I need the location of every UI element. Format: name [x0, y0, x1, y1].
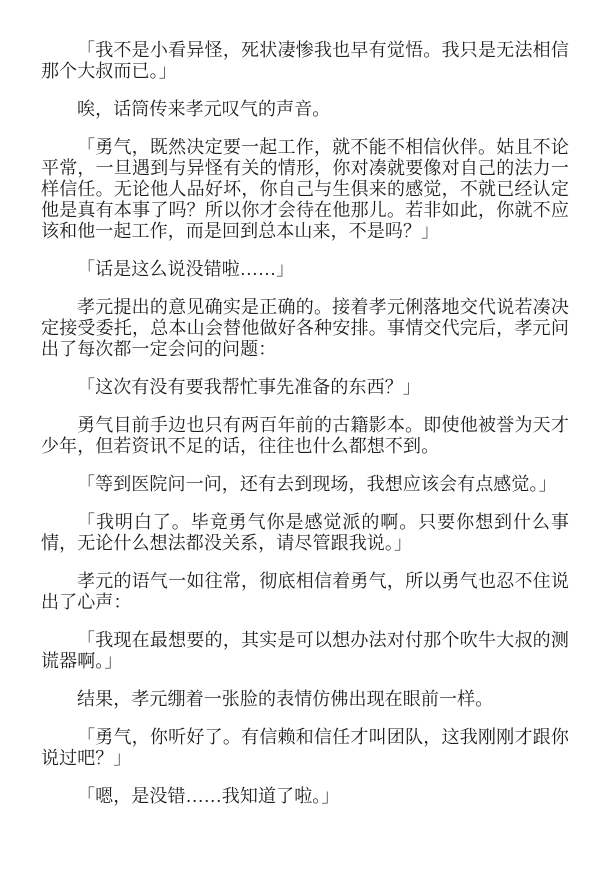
paragraph: 「我不是小看异怪，死状凄惨我也早有觉悟。我只是无法相信那个大叔而已。」 [41, 40, 569, 82]
paragraph: 「这次有没有要我帮忙事先准备的东西？」 [41, 377, 569, 398]
text-body: 「我不是小看异怪，死状凄惨我也早有觉悟。我只是无法相信那个大叔而已。」唉，话筒传… [41, 40, 569, 807]
book-page: 「我不是小看异怪，死状凄惨我也早有觉悟。我只是无法相信那个大叔而已。」唉，话筒传… [0, 0, 613, 869]
paragraph: 「等到医院问一问，还有去到现场，我想应该会有点感觉。」 [41, 474, 569, 495]
paragraph: 孝元的语气一如往常，彻底相信着勇气，所以勇气也忍不住说出了心声： [41, 571, 569, 613]
paragraph: 「我现在最想要的，其实是可以想办法对付那个吹牛大叔的测谎器啊。」 [41, 630, 569, 672]
paragraph: 「我明白了。毕竟勇气你是感觉派的啊。只要你想到什么事情，无论什么想法都没关系，请… [41, 512, 569, 554]
paragraph: 孝元提出的意见确实是正确的。接着孝元俐落地交代说若凑决定接受委托，总本山会替他做… [41, 297, 569, 360]
paragraph: 「勇气，你听好了。有信赖和信任才叫团队，这我刚刚才跟你说过吧？」 [41, 727, 569, 769]
paragraph: 结果，孝元绷着一张脸的表情仿佛出现在眼前一样。 [41, 689, 569, 710]
paragraph: 唉，话筒传来孝元叹气的声音。 [41, 99, 569, 120]
paragraph: 「嗯，是没错……我知道了啦。」 [41, 786, 569, 807]
paragraph: 勇气目前手边也只有两百年前的古籍影本。即使他被誉为天才少年，但若资讯不足的话，往… [41, 415, 569, 457]
paragraph: 「勇气，既然决定要一起工作，就不能不相信伙伴。姑且不论平常，一旦遇到与异怪有关的… [41, 137, 569, 242]
paragraph: 「话是这么说没错啦……」 [41, 259, 569, 280]
